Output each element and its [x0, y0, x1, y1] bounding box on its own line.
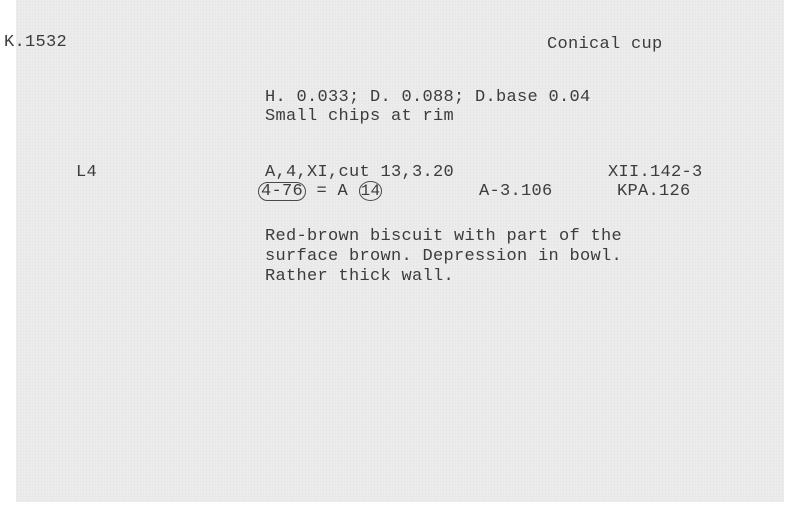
photo-ref: KPA.126 — [617, 182, 691, 201]
equals-text: = A — [317, 182, 349, 201]
find-number-circled: 4-76 — [258, 182, 306, 201]
catalog-card: K.1532 Conical cup H. 0.033; D. 0.088; D… — [16, 0, 784, 502]
description-line-3: Rather thick wall. — [265, 267, 454, 286]
object-type: Conical cup — [547, 35, 663, 54]
level-label: L4 — [76, 163, 97, 182]
dimensions: H. 0.033; D. 0.088; D.base 0.04 — [265, 88, 591, 107]
find-number-line: 4-76 = A 14 — [258, 181, 382, 201]
circled-number: 14 — [359, 181, 383, 201]
context: A,4,XI,cut 13,3.20 — [265, 163, 454, 182]
description-line-2: surface brown. Depression in bowl. — [265, 247, 622, 266]
catalog-number: K.1532 — [4, 33, 67, 52]
description-line-1: Red-brown biscuit with part of the — [265, 227, 622, 246]
inventory-ref: A-3.106 — [479, 182, 553, 201]
condition: Small chips at rim — [265, 107, 454, 126]
reference-right: XII.142-3 — [608, 163, 703, 182]
